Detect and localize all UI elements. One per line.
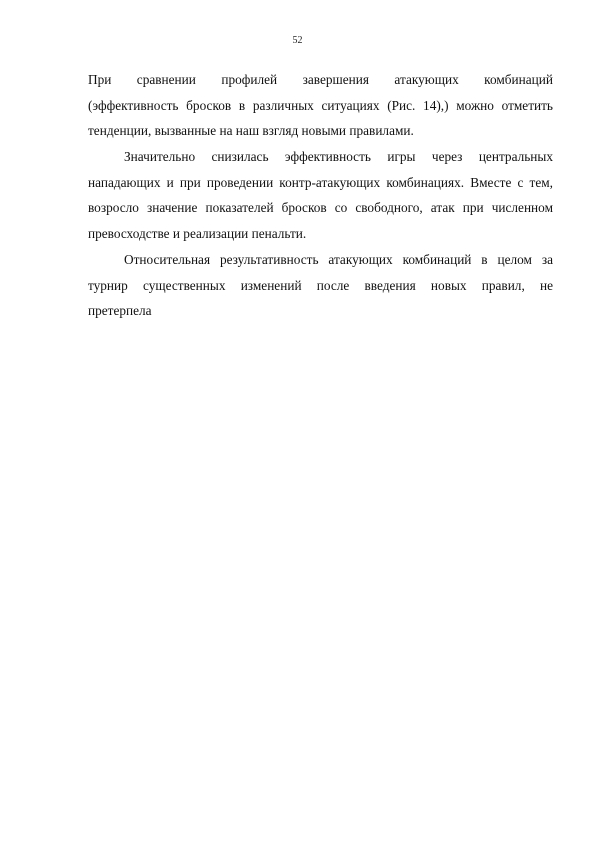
text-line: претерпела: [88, 298, 553, 324]
text-line: Значительно снизилась эффективность игры…: [88, 144, 553, 170]
paragraph-3: Относительная результативность атакующих…: [88, 247, 553, 324]
text-line: турнир существенных изменений после введ…: [88, 273, 553, 299]
text-line: возросло значение показателей бросков со…: [88, 195, 553, 221]
text-line: (эффективность бросков в различных ситуа…: [88, 93, 553, 119]
paragraph-2: Значительно снизилась эффективность игры…: [88, 144, 553, 247]
text-line: Относительная результативность атакующих…: [88, 247, 553, 273]
text-line: При сравнении профилей завершения атакую…: [88, 67, 553, 93]
paragraph-1: При сравнении профилей завершения атакую…: [88, 67, 553, 144]
text-line: нападающих и при проведении контр-атакую…: [88, 170, 553, 196]
text-line: тенденции, вызванные на наш взгляд новым…: [88, 118, 553, 144]
text-line: превосходстве и реализации пенальти.: [88, 221, 553, 247]
body-text: При сравнении профилей завершения атакую…: [88, 67, 553, 324]
page-number: 52: [0, 35, 595, 46]
